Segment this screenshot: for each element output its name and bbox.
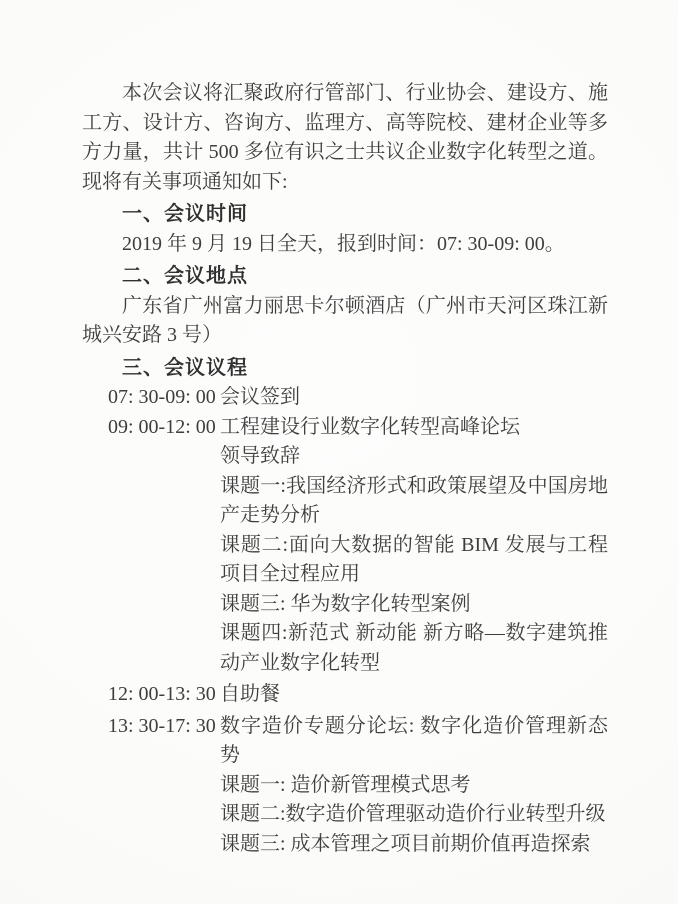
agenda-topics: 数字造价专题分论坛: 数字化造价管理新态势 课题一: 造价新管理模式思考 课题二…: [220, 712, 608, 860]
agenda-list: 07: 30-09: 00 会议签到 09: 00-12: 00 工程建设行业数…: [108, 383, 608, 859]
meeting-location-body: 广东省广州富力丽思卡尔顿酒店（广州市天河区珠江新城兴安路 3 号）: [82, 292, 608, 351]
agenda-item: 课题一: 造价新管理模式思考: [220, 771, 608, 801]
agenda-item: 课题三: 成本管理之项目前期价值再造探索: [220, 830, 608, 860]
agenda-row-signin: 07: 30-09: 00 会议签到: [108, 383, 608, 413]
agenda-row-afternoon-forum: 13: 30-17: 30 数字造价专题分论坛: 数字化造价管理新态势 课题一:…: [108, 712, 608, 860]
agenda-item: 会议签到: [220, 383, 608, 413]
intro-paragraph: 本次会议将汇聚政府行管部门、行业协会、建设方、施工方、设计方、咨询方、监理方、高…: [82, 79, 608, 197]
section-heading-meeting-agenda: 三、会议议程: [122, 354, 608, 384]
agenda-item: 课题二:数字造价管理驱动造价行业转型升级: [220, 800, 608, 830]
agenda-item: 课题四:新范式 新动能 新方略—数字建筑推动产业数字化转型: [220, 619, 608, 678]
agenda-time: 09: 00-12: 00: [108, 413, 220, 443]
agenda-row-morning-forum: 09: 00-12: 00 工程建设行业数字化转型高峰论坛 领导致辞 课题一:我…: [108, 413, 608, 679]
agenda-topics: 自助餐: [220, 680, 608, 710]
agenda-item: 课题二:面向大数据的智能 BIM 发展与工程项目全过程应用: [220, 531, 608, 590]
agenda-item: 工程建设行业数字化转型高峰论坛: [220, 413, 608, 443]
agenda-item: 领导致辞: [220, 442, 608, 472]
agenda-time: 13: 30-17: 30: [108, 712, 220, 742]
agenda-time: 12: 00-13: 30: [108, 680, 220, 710]
section-heading-meeting-time: 一、会议时间: [122, 200, 608, 230]
agenda-time: 07: 30-09: 00: [108, 383, 220, 413]
agenda-item: 课题三: 华为数字化转型案例: [220, 590, 608, 620]
agenda-item: 数字造价专题分论坛: 数字化造价管理新态势: [220, 712, 608, 771]
document-page: 本次会议将汇聚政府行管部门、行业协会、建设方、施工方、设计方、咨询方、监理方、高…: [0, 0, 678, 904]
agenda-topics: 工程建设行业数字化转型高峰论坛 领导致辞 课题一:我国经济形式和政策展望及中国房…: [220, 413, 608, 679]
agenda-item: 自助餐: [220, 680, 608, 710]
meeting-time-body: 2019 年 9 月 19 日全天，报到时间：07: 30-09: 00。: [82, 230, 608, 260]
agenda-row-lunch: 12: 00-13: 30 自助餐: [108, 680, 608, 710]
agenda-item: 课题一:我国经济形式和政策展望及中国房地产走势分析: [220, 472, 608, 531]
section-heading-meeting-location: 二、会议地点: [122, 262, 608, 292]
agenda-topics: 会议签到: [220, 383, 608, 413]
